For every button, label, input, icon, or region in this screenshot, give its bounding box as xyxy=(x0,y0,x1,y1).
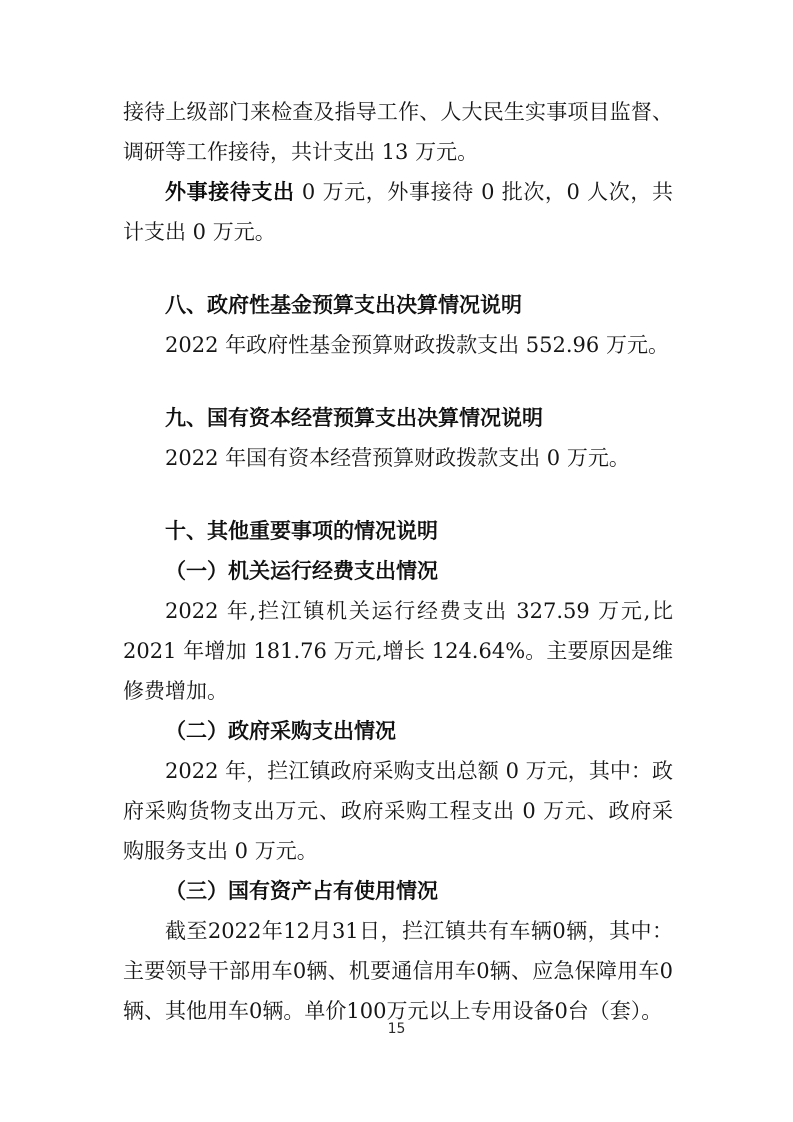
paragraph-section-9-body: 2022 年国有资本经营预算财政拨款支出 0 万元。 xyxy=(123,438,673,478)
paragraph-section-10-3-body: 截至2022年12月31日，拦江镇共有车辆0辆，其中：主要领导干部用车0辆、机要… xyxy=(123,911,673,1031)
document-content: 接待上级部门来检查及指导工作、人大民生实事项目监督、调研等工作接待，共计支出 1… xyxy=(123,92,673,1031)
heading-section-10-other-matters: 十、其他重要事项的情况说明 xyxy=(123,511,673,551)
paragraph-foreign-reception: 外事接待支出 0 万元，外事接待 0 批次，0 人次，共计支出 0 万元。 xyxy=(123,172,673,252)
heading-section-10-1-operating-expenses: （一）机关运行经费支出情况 xyxy=(123,551,673,591)
heading-section-9-state-capital: 九、国有资本经营预算支出决算情况说明 xyxy=(123,398,673,438)
paragraph-section-10-1-body: 2022 年,拦江镇机关运行经费支出 327.59 万元,比 2021 年增加 … xyxy=(123,591,673,711)
paragraph-section-10-2-body: 2022 年，拦江镇政府采购支出总额 0 万元，其中：政府采购货物支出万元、政府… xyxy=(123,751,673,871)
heading-section-10-3-state-assets: （三）国有资产占有使用情况 xyxy=(123,871,673,911)
heading-section-8-government-funds: 八、政府性基金预算支出决算情况说明 xyxy=(123,285,673,325)
document-page: 接待上级部门来检查及指导工作、人大民生实事项目监督、调研等工作接待，共计支出 1… xyxy=(0,0,793,1122)
page-number: 15 xyxy=(0,1021,793,1037)
paragraph-section-8-body: 2022 年政府性基金预算财政拨款支出 552.96 万元。 xyxy=(123,325,673,365)
foreign-reception-bold-lead: 外事接待支出 xyxy=(165,179,295,204)
paragraph-official-reception-continued: 接待上级部门来检查及指导工作、人大民生实事项目监督、调研等工作接待，共计支出 1… xyxy=(123,92,673,172)
heading-section-10-2-procurement: （二）政府采购支出情况 xyxy=(123,711,673,751)
